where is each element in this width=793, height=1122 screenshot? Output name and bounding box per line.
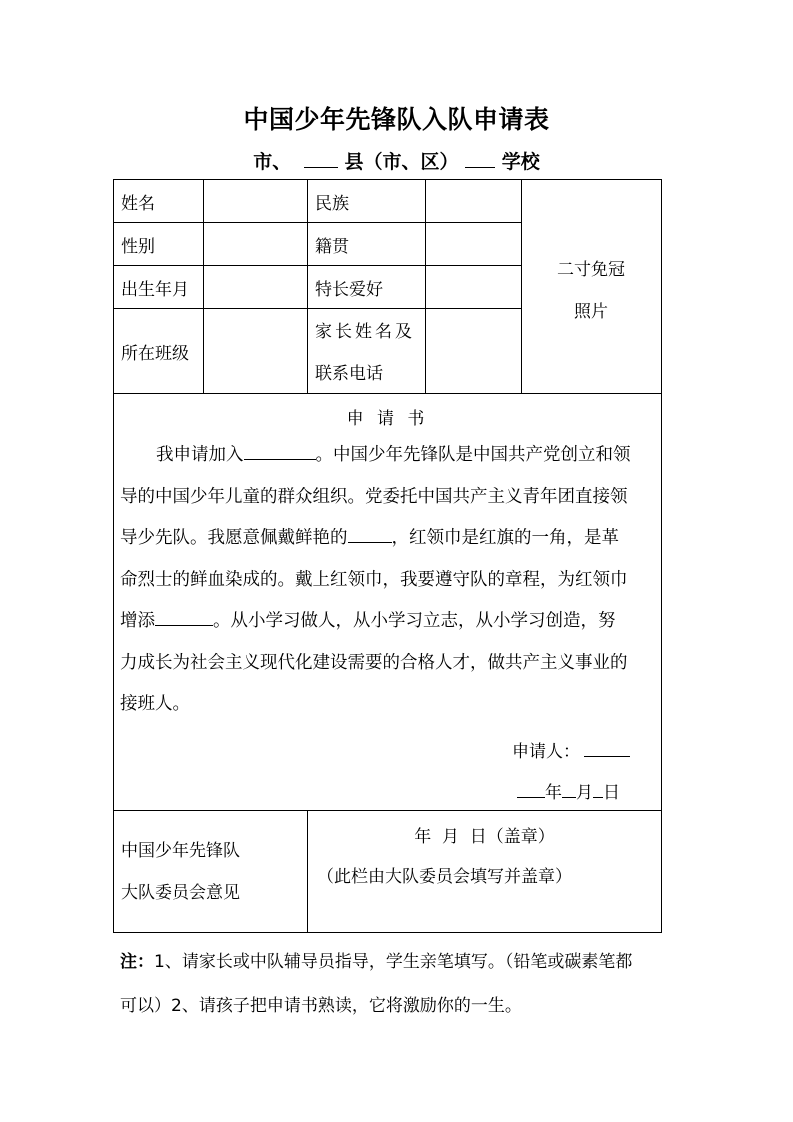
label-birth-date: 出生年月 (121, 266, 189, 308)
parent-contact-field[interactable] (426, 309, 520, 393)
class-field[interactable] (204, 309, 306, 393)
label-parent-contact-line2: 联系电话 (315, 353, 415, 395)
applicant-signature-field[interactable] (584, 738, 630, 757)
application-line: 导的中国少年儿童的群众组织。党委托中国共产主义青年团直接领 (120, 477, 660, 519)
native-place-field[interactable] (426, 223, 520, 265)
month-blank[interactable] (562, 779, 576, 798)
school-blank[interactable] (465, 149, 495, 168)
table-border-right (661, 179, 662, 933)
application-line: 力成长为社会主义现代化建设需要的合格人才，做共产主义事业的 (120, 643, 660, 685)
photo-label-line2: 照片 (521, 297, 661, 322)
label-hobbies: 特长爱好 (315, 266, 383, 308)
label-class: 所在班级 (121, 309, 189, 393)
committee-label-line2: 大队委员会意见 (121, 872, 240, 914)
county-blank[interactable] (304, 149, 338, 168)
applicant-label: 申请人： (512, 742, 580, 762)
col-divider (307, 179, 308, 393)
application-line: 增添。从小学习做人，从小学习立志，从小学习创造，努 (120, 601, 660, 643)
subtitle-city: 市、 (253, 151, 291, 173)
footnote-line1: 注：1、请家长或中队辅导员指导，学生亲笔填写。（铅笔或碳素笔都 (120, 940, 680, 984)
table-border-left (113, 179, 114, 933)
subtitle-school: 学校 (502, 151, 540, 173)
footnote: 注：1、请家长或中队辅导员指导，学生亲笔填写。（铅笔或碳素笔都 可以）2、请孩子… (120, 940, 680, 1028)
stamp-date: 年 月 日（盖章） (308, 822, 661, 847)
day-blank[interactable] (593, 779, 603, 798)
label-gender: 性别 (121, 223, 155, 265)
photo-placeholder[interactable]: 二寸免冠 照片 (521, 179, 661, 393)
application-line: 接班人。 (120, 684, 660, 726)
application-line: 命烈士的鲜血染成的。戴上红领巾，我要遵守队的章程，为红领巾 (120, 560, 660, 602)
gender-field[interactable] (204, 223, 306, 265)
add-glory-blank[interactable] (155, 605, 213, 626)
application-body: 我申请加入。中国少年先锋队是中国共产党创立和领 导的中国少年儿童的群众组织。党委… (120, 435, 660, 726)
ethnicity-field[interactable] (426, 180, 520, 222)
committee-note: （此栏由大队委员会填写并盖章） (317, 862, 572, 887)
label-ethnicity: 民族 (315, 180, 349, 222)
birth-date-field[interactable] (204, 266, 306, 308)
committee-opinion-field[interactable]: 年 月 日（盖章） （此栏由大队委员会填写并盖章） (308, 810, 661, 932)
form-title: 中国少年先锋队入队申请表 (0, 100, 793, 136)
label-name: 姓名 (121, 180, 155, 222)
applicant-signature-line: 申请人： (512, 737, 630, 762)
committee-label-line1: 中国少年先锋队 (121, 830, 240, 872)
year-blank[interactable] (517, 779, 545, 798)
school-location-line: 市、 县（市、区） 学校 (0, 147, 793, 174)
committee-label: 中国少年先锋队 大队委员会意见 (121, 830, 240, 914)
table-border-bottom (113, 932, 662, 933)
footnote-line2: 可以）2、请孩子把申请书熟读，它将激励你的一生。 (120, 984, 680, 1028)
name-field[interactable] (204, 180, 306, 222)
hobbies-field[interactable] (426, 266, 520, 308)
application-heading: 申 请 书 (113, 404, 662, 429)
footnote-prefix: 注： (120, 952, 154, 972)
application-line: 导少先队。我愿意佩戴鲜艳的，红领巾是红旗的一角，是革 (120, 518, 660, 560)
wear-blank[interactable] (348, 522, 392, 543)
join-blank[interactable] (244, 439, 316, 460)
label-parent-contact-line1: 家长姓名及 (315, 311, 415, 353)
application-line: 我申请加入。中国少年先锋队是中国共产党创立和领 (120, 435, 660, 477)
subtitle-county: 县（市、区） (344, 151, 458, 173)
photo-label-line1: 二寸免冠 (521, 255, 661, 280)
label-parent-contact: 家长姓名及 联系电话 (315, 311, 415, 395)
application-date: 年月日 (517, 778, 620, 803)
label-native-place: 籍贯 (315, 223, 349, 265)
